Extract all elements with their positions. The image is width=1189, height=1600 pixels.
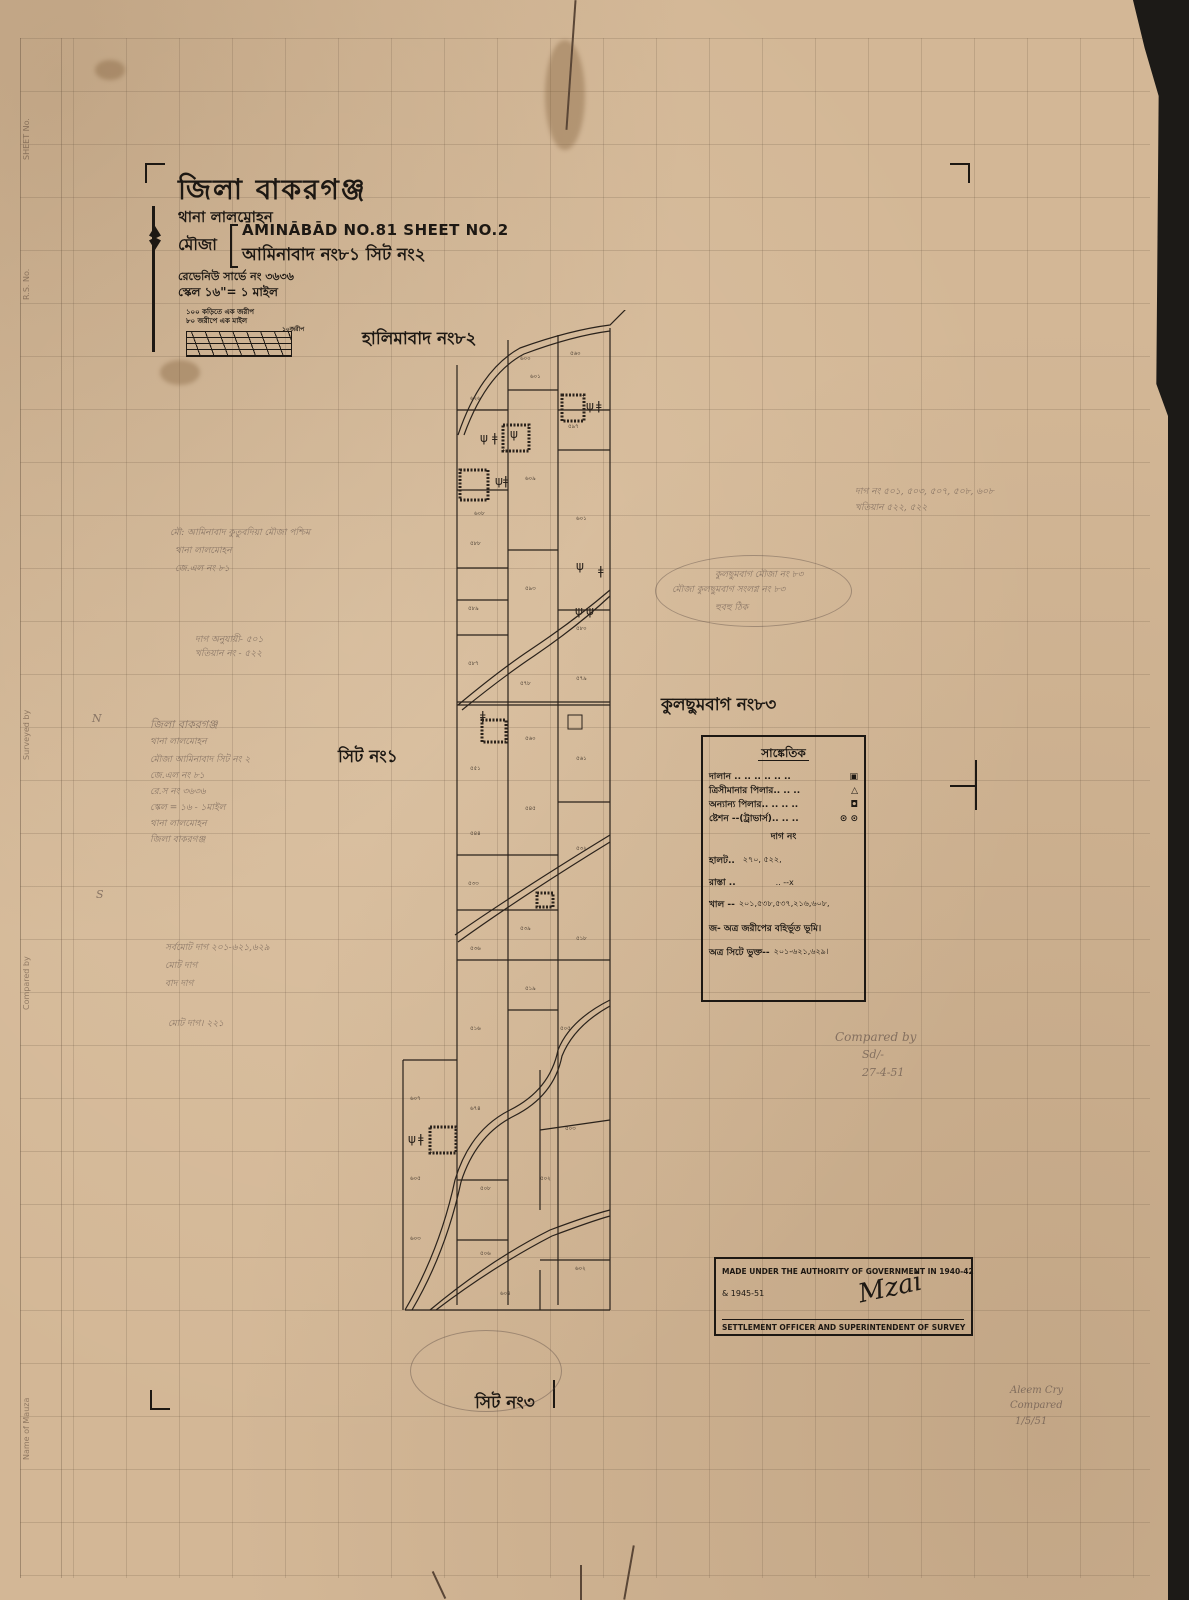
svg-text:ǂ: ǂ [503, 474, 509, 488]
triangle-pillar-icon: △ [851, 786, 858, 796]
svg-text:৫৪৫: ৫৪৫ [525, 806, 536, 812]
svg-text:ǂ: ǂ [596, 399, 602, 413]
handwritten-note: হুবহু ঠিক [715, 600, 748, 615]
mauza-label: মৌজা [178, 232, 217, 259]
stain [95, 60, 125, 80]
legend-row-trijunction-pillar: ত্রিসীমানার পিলার.. .. ..△ [709, 783, 858, 798]
legend-box: সাঙ্কেতিক দালান .. .. .. .. .. ..▣ ত্রিস… [701, 735, 866, 1002]
svg-text:৫৩৬: ৫৩৬ [470, 946, 481, 952]
center-mark [950, 785, 975, 789]
handwritten-note: দাগ নং ৫০১, ৫০৩, ৫০৭, ৫০৮, ৬০৮ [855, 484, 994, 499]
legend-row-road: রাস্তা .... --x [709, 875, 858, 890]
svg-text:৫৮০: ৫৮০ [576, 626, 587, 632]
margin-label: SHEET No. [22, 118, 31, 160]
mauza-name-en: ĀMINĀBĀD NO.81 SHEET NO.2 [242, 221, 509, 239]
handwritten-note: জিলা বাকরগঞ্জ [150, 832, 205, 847]
station-circle-icon: ⊙ ⊙ [840, 814, 858, 824]
margin-label: Surveyed by [22, 710, 31, 760]
svg-text:৬০১: ৬০১ [576, 516, 587, 522]
compared-note: Sd/- [862, 1048, 884, 1061]
svg-text:৫৭৯: ৫৭৯ [576, 676, 587, 682]
mauza-bracket [230, 224, 238, 268]
handwritten-note: স্কেল = ১৬ - ১মাইল [150, 800, 225, 815]
svg-text:ψ: ψ [495, 474, 503, 488]
svg-text:৫৭৮: ৫৭৮ [520, 681, 531, 687]
legend-row-halot: হালট..২৭০, ৫২২, [709, 853, 858, 868]
scale-note: ৮০ জরীপে এক মাইল [186, 315, 247, 327]
building-icon: ▣ [849, 772, 858, 782]
handwritten-note: মৌ: আমিনাবাদ কুতুবদিয়া মৌজা পশ্চিম [170, 525, 310, 540]
svg-text:ǂ: ǂ [598, 564, 604, 578]
svg-text:ψ: ψ [586, 399, 594, 413]
svg-text:ψ: ψ [480, 431, 488, 445]
svg-text:৫৮৮: ৫৮৮ [470, 541, 481, 547]
corner-mark [950, 163, 970, 183]
authority-box: MADE UNDER THE AUTHORITY OF GOVERNMENT I… [714, 1257, 973, 1336]
handwritten-note: বাদ দাগ [165, 976, 193, 991]
handwritten-note: খতিয়ান ৫২২, ৫২২ [855, 500, 927, 515]
handwritten-note: রে.স নং ৩৬৩৬ [150, 784, 206, 799]
legend-row-included-plots: অত্র সিটে ভুক্ত--২০১-৬২১,৬২৯। [709, 945, 858, 960]
corner-mark [150, 1390, 170, 1410]
svg-text:৫৮৯: ৫৮৯ [468, 606, 479, 612]
svg-text:৫৬১: ৫৬১ [576, 756, 587, 762]
svg-text:৫৫১: ৫৫১ [470, 766, 481, 772]
stain [545, 40, 585, 150]
svg-text:৫০৫: ৫০৫ [560, 1026, 571, 1032]
svg-text:৫১৯: ৫১৯ [525, 986, 536, 992]
scale-bar [186, 331, 292, 357]
square-pillar-icon: ◘ [850, 800, 858, 810]
authority-line-1: MADE UNDER THE AUTHORITY OF GOVERNMENT I… [722, 1267, 974, 1276]
handwritten-note: জিলা বাকরগঞ্জ [150, 716, 218, 735]
title-ornament [152, 206, 163, 352]
north-label: N [92, 712, 102, 725]
handwritten-note: মৌজা আমিনাবাদ সিট নং ২ [150, 752, 250, 767]
legend-row-building: দালান .. .. .. .. .. ..▣ [709, 769, 858, 784]
svg-text:ǂ: ǂ [480, 709, 486, 723]
center-mark [975, 760, 979, 810]
handwritten-note: থানা লালমোহন [175, 543, 232, 558]
bottom-right-note: 1/5/51 [1015, 1416, 1047, 1427]
svg-text:৫৪৪: ৫৪৪ [470, 831, 481, 837]
scale-bar-label: ১০জরীপ [282, 324, 304, 335]
handwritten-note: দাগ অনুযায়ী- ৫০১ [195, 632, 263, 647]
handwritten-note: জে.এল নং ৮১ [175, 561, 230, 576]
svg-text:৬০০: ৬০০ [520, 356, 531, 362]
svg-text:ψ: ψ [408, 1132, 416, 1146]
svg-text:৫৯৩: ৫৯৩ [525, 586, 536, 592]
pencil-oval [410, 1330, 562, 1412]
svg-text:৫০২: ৫০২ [540, 1176, 551, 1182]
svg-text:ψ: ψ [575, 604, 583, 618]
svg-text:৫০৬: ৫০৬ [480, 1251, 491, 1257]
bottom-right-note: Aleem Cry [1010, 1385, 1063, 1396]
svg-text:৫০৮: ৫০৮ [480, 1186, 491, 1192]
margin-label: Compared by [22, 956, 31, 1010]
svg-text:৫৩৯: ৫৩৯ [520, 926, 531, 932]
legend-row-traverse-station: ষ্টেশন --(ট্রাভার্স).. .. ..⊙ ⊙ [709, 811, 858, 826]
tear-line [580, 1565, 582, 1600]
compared-note: 27-4-51 [862, 1066, 904, 1079]
stain [160, 360, 200, 385]
svg-text:৫৯৭: ৫৯৭ [568, 424, 579, 430]
svg-text:৫৬০: ৫৬০ [525, 736, 536, 742]
svg-text:ǂ: ǂ [492, 431, 498, 445]
bottom-right-note: Compared [1010, 1400, 1063, 1411]
handwritten-note: থানা লালমোহন [150, 734, 207, 749]
scale-text: স্কেল ১৬"= ১ মাইল [178, 284, 278, 304]
svg-text:৬০৮: ৬০৮ [474, 511, 485, 517]
adjacent-west-sheet-label: সিট নং১ [338, 744, 398, 772]
svg-text:৬৭৪: ৬৭৪ [470, 1106, 481, 1112]
south-label: S [96, 888, 104, 901]
svg-text:৬০২: ৬০২ [575, 1266, 586, 1272]
compared-note: Compared by [835, 1030, 916, 1044]
handwritten-note: থানা লালমোহন [150, 816, 207, 831]
svg-text:৫৮৭: ৫৮৭ [468, 661, 479, 667]
svg-text:ψ: ψ [510, 427, 518, 441]
svg-text:ǂ: ǂ [418, 1132, 424, 1146]
svg-text:৬০৭: ৬০৭ [410, 1096, 421, 1102]
map-sheet: SHEET No. R.S. No. Surveyed by Compared … [0, 0, 1168, 1600]
handwritten-note: সর্বমোট দাগ ২০১-৬২১,৬২৯ [165, 940, 270, 955]
handwritten-note: মোট দাগ। ২২১ [168, 1016, 224, 1031]
margin-label: R.S. No. [22, 269, 31, 300]
svg-text:৫১৮: ৫১৮ [576, 936, 587, 942]
svg-text:৬০৪: ৬০৪ [500, 1291, 511, 1297]
svg-text:৬০৩: ৬০৩ [410, 1236, 421, 1242]
authority-line-2: & 1945-51 [722, 1289, 764, 1298]
svg-text:৬২৬: ৬২৬ [470, 396, 481, 402]
svg-text:ψ: ψ [586, 604, 594, 618]
svg-text:৫১৬: ৫১৬ [470, 1026, 481, 1032]
handwritten-note: জে.এল নং ৮১ [150, 768, 205, 783]
svg-text:৫০৩: ৫০৩ [565, 1126, 576, 1132]
svg-text:৬০৫: ৬০৫ [410, 1176, 421, 1182]
legend-row-other-pillar: অন্যান্য পিলার.. .. .. ..◘ [709, 797, 858, 812]
cadastral-map: ψǂ ψǂ ψ ψǂ ψǂ ψψ ǂ ψǂ ৬০০৫৬০ ৬২৬৬০১ ৫৯৭৬… [400, 310, 680, 1330]
svg-text:৬০১: ৬০১ [530, 374, 541, 380]
svg-text:৫৩৩: ৫৩৩ [468, 881, 479, 887]
handwritten-note: খতিয়ান নং - ৫২২ [195, 646, 262, 661]
svg-text:৬০৯: ৬০৯ [525, 476, 536, 482]
handwritten-note: কুলছুমবাগ মৌজা নং ৮৩ [715, 567, 803, 582]
svg-text:ψ: ψ [576, 559, 584, 573]
handwritten-note: মৌজা কুলছুমবাগ সংলগ্ন নং ৮৩ [672, 582, 785, 597]
legend-row-canal: খাল --২০১,৫৩৮,৫৩৭,২১৬,৬০৮, [709, 897, 858, 912]
svg-text:৫৩২: ৫৩২ [576, 846, 587, 852]
legend-dag-header: দাগ নং [709, 829, 858, 844]
handwritten-note: মোট দাগ [165, 958, 197, 973]
legend-row-excluded-land: জ- অত্র জরীপের বহির্ভূত ভূমি। [709, 921, 858, 936]
authority-line-3: SETTLEMENT OFFICER AND SUPERINTENDENT OF… [722, 1319, 964, 1332]
legend-title: সাঙ্কেতিক [703, 745, 864, 765]
corner-mark [145, 163, 165, 183]
svg-text:৫৬০: ৫৬০ [570, 351, 581, 357]
margin-label: Name of Mauza [22, 1398, 31, 1460]
plot-boundaries: ψǂ ψǂ ψ ψǂ ψǂ ψψ ǂ ψǂ ৬০০৫৬০ ৬২৬৬০১ ৫৯৭৬… [400, 310, 680, 1330]
mauza-name-bn: আমিনাবাদ নং৮১ সিট নং২ [242, 242, 426, 270]
